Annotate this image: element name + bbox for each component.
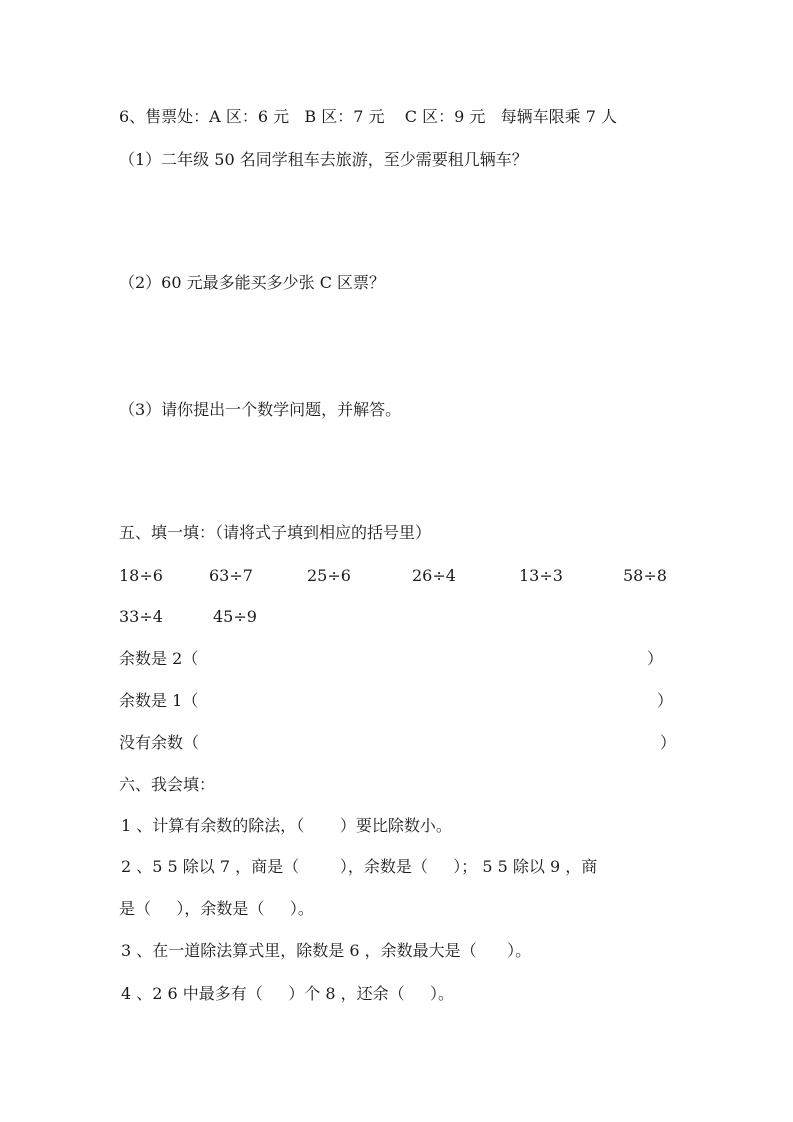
section-5-title: 五、填一填：（请将式子填到相应的括号里） <box>119 523 431 543</box>
remainder-2-close-paren: ） <box>647 649 663 669</box>
expression: 26÷4 <box>412 566 456 586</box>
section-6-item-1: 1 、计算有余数的除法，（ ）要比除数小。 <box>121 816 452 836</box>
expression: 63÷7 <box>209 566 253 586</box>
expression: 13÷3 <box>519 566 563 586</box>
remainder-2-label: 余数是 2（ <box>119 649 198 669</box>
section-6-title: 六、我会填： <box>119 775 215 795</box>
expression: 33÷4 <box>119 607 163 627</box>
expression: 45÷9 <box>213 607 257 627</box>
section-6-item-2-continued: 是（ ），余数是（ ）。 <box>119 899 314 919</box>
problem-6-question-2: （2）60 元最多能买多少张 C 区票？ <box>119 273 385 293</box>
section-6-item-2: 2 、5 5 除以 7 ，商是（ ），余数是（ ）； 5 5 除以 9 ，商 <box>121 857 597 877</box>
problem-6-question-3: （3）请你提出一个数学问题，并解答。 <box>119 400 401 420</box>
expression: 25÷6 <box>307 566 351 586</box>
problem-6-question-1: （1）二年级 50 名同学租车去旅游，至少需要租几辆车？ <box>119 150 528 170</box>
remainder-1-close-paren: ） <box>657 691 673 711</box>
section-6-item-4: 4 、2 6 中最多有（ ）个 8 ，还余（ ）。 <box>121 984 454 1004</box>
expression: 58÷8 <box>623 566 667 586</box>
no-remainder-close-paren: ） <box>660 733 676 753</box>
remainder-1-label: 余数是 1（ <box>119 691 198 711</box>
no-remainder-label: 没有余数（ <box>119 733 199 753</box>
expression: 18÷6 <box>119 566 163 586</box>
problem-6-header: 6、售票处：A 区：6 元 B 区：7 元 C 区：9 元 每辆车限乘 7 人 <box>119 107 617 127</box>
section-6-item-3: 3 、在一道除法算式里，除数是 6 ，余数最大是（ ）。 <box>121 941 531 961</box>
